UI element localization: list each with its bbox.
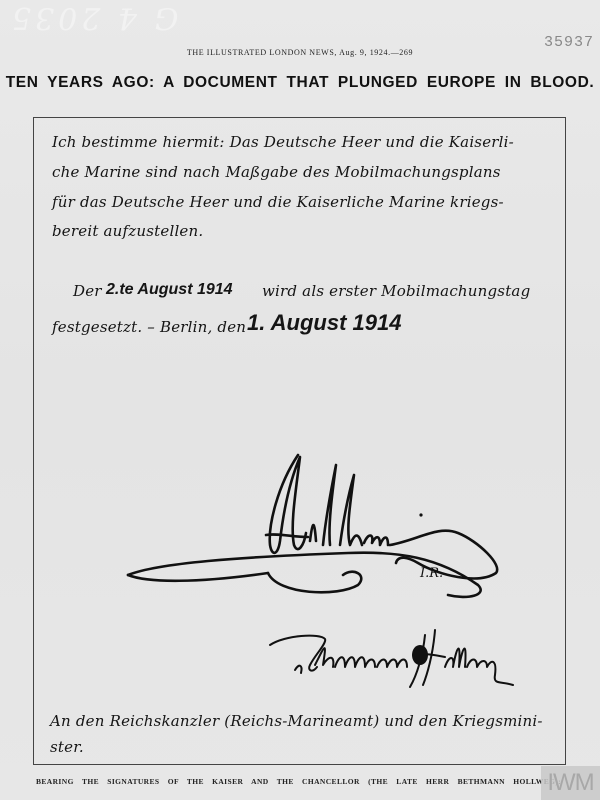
kaiser-signature-suffix: I.R. (419, 566, 443, 581)
address-line-2: ster. (50, 738, 84, 756)
address-line-1: An den Reichskanzler (Reichs-Marineamt) … (50, 712, 543, 730)
mobilization-date: 2.te August 1914 (106, 281, 233, 299)
catalog-number: 35937 (544, 34, 594, 51)
iwm-watermark-logo: IWM (541, 766, 600, 800)
document-line-2: che Marine sind nach Maßgabe des Mobilma… (52, 163, 501, 181)
document-line-1: Ich bestimme hiermit: Das Deutsche Heer … (52, 133, 514, 151)
running-head: THE ILLUSTRATED LONDON NEWS, Aug. 9, 192… (0, 48, 600, 57)
document-line-3: für das Deutsche Heer und die Kaiserlich… (52, 193, 504, 211)
archive-pencil-mark: G 4 2035 (8, 0, 178, 35)
newspaper-page: G 4 2035 THE ILLUSTRATED LONDON NEWS, Au… (0, 0, 600, 800)
figure-caption: BEARING THE SIGNATURES OF THE KAISER AND… (36, 777, 561, 786)
page-title: TEN YEARS AGO: A DOCUMENT THAT PLUNGED E… (0, 74, 600, 92)
document-line-4: bereit aufzustellen. (52, 222, 203, 240)
kaiser-signature-icon: I.R. (118, 445, 518, 605)
mobilization-prefix: Der (73, 282, 102, 300)
place-date-prefix: festgesetzt. – Berlin, den (52, 318, 246, 336)
signing-date: 1. August 1914 (247, 310, 401, 336)
mobilization-suffix: wird als erster Mobilmachungstag (262, 282, 530, 300)
chancellor-signature-icon (265, 625, 535, 695)
